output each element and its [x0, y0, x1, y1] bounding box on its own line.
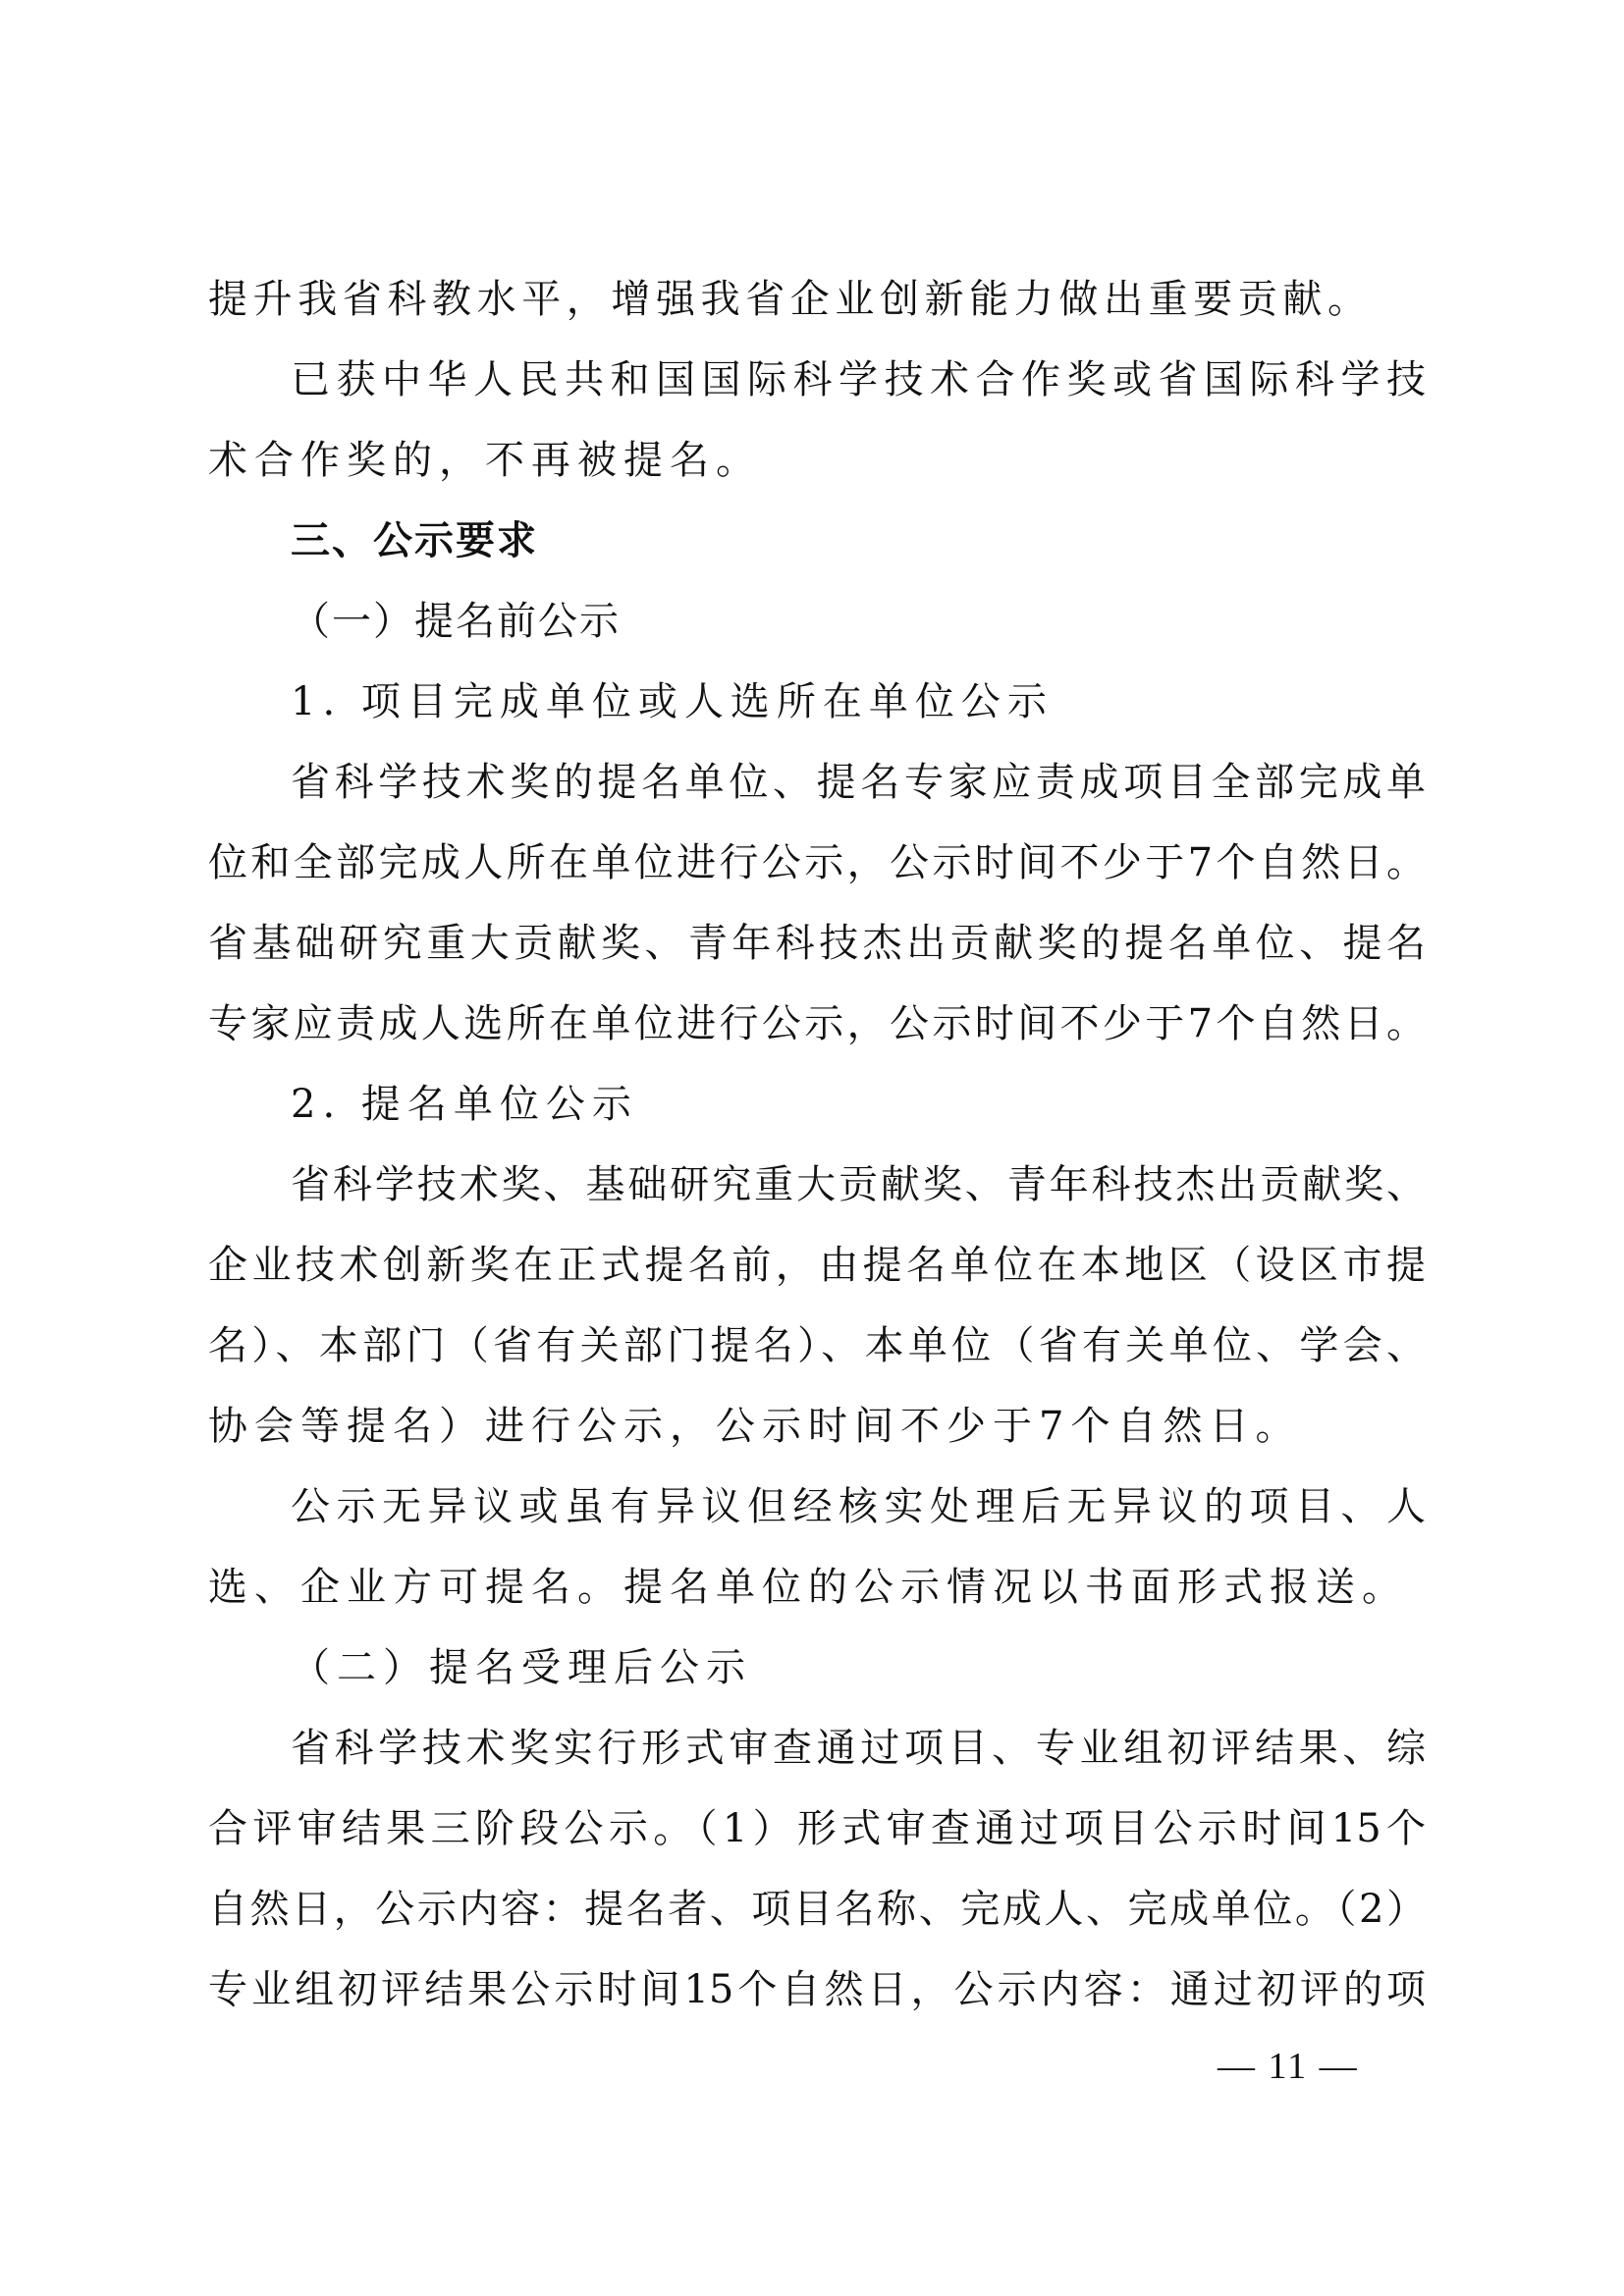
paragraph-line: 位和全部完成人所在单位进行公示，公示时间不少于7个自然日。 [208, 838, 1426, 887]
paragraph-line: 选、企业方可提名。提名单位的公示情况以书面形式报送。 [208, 1563, 1426, 1612]
paragraph-line: 专家应责成人选所在单位进行公示，公示时间不少于7个自然日。 [208, 999, 1426, 1048]
paragraph-line: 提升我省科教水平，增强我省企业创新能力做出重要贡献。 [208, 275, 1367, 324]
paragraph-line: 省科学技术奖的提名单位、提名专家应责成项目全部完成单 [291, 758, 1426, 807]
document-page: 提升我省科教水平，增强我省企业创新能力做出重要贡献。 已获中华人民共和国国际科学… [0, 0, 1624, 2296]
paragraph-line: 协会等提名）进行公示，公示时间不少于7个自然日。 [208, 1402, 1426, 1451]
paragraph-line: 公示无异议或虽有异议但经核实处理后无异议的项目、人 [291, 1482, 1426, 1531]
item-heading: 2. 提名单位公示 [291, 1080, 1426, 1129]
paragraph-line: 省科学技术奖实行形式审查通过项目、专业组初评结果、综 [291, 1724, 1426, 1773]
item-heading: 1. 项目完成单位或人选所在单位公示 [291, 677, 1426, 726]
paragraph-line: 企业技术创新奖在正式提名前，由提名单位在本地区（设区市提 [208, 1241, 1426, 1290]
paragraph-line: 专业组初评结果公示时间15个自然日，公示内容：通过初评的项 [208, 1965, 1426, 2014]
subsection-heading: （一）提名前公示 [291, 597, 1508, 646]
paragraph-line: 自然日，公示内容：提名者、项目名称、完成人、完成单位。（2） [208, 1885, 1426, 1934]
page-number: — 11 — [1218, 2042, 1359, 2091]
subsection-heading: （二）提名受理后公示 [291, 1643, 1508, 1692]
paragraph-line: 省基础研究重大贡献奖、青年科技杰出贡献奖的提名单位、提名 [208, 919, 1426, 968]
paragraph-line: 术合作奖的，不再被提名。 [208, 436, 1426, 485]
paragraph-line: 合评审结果三阶段公示。（1）形式审查通过项目公示时间15个 [208, 1804, 1426, 1853]
paragraph-line: 名）、本部门（省有关部门提名）、本单位（省有关单位、学会、 [208, 1321, 1426, 1370]
section-heading: 三、公示要求 [291, 516, 1426, 565]
paragraph-line: 省科学技术奖、基础研究重大贡献奖、青年科技杰出贡献奖、 [291, 1160, 1426, 1209]
paragraph-line: 已获中华人民共和国国际科学技术合作奖或省国际科学技 [291, 355, 1426, 404]
